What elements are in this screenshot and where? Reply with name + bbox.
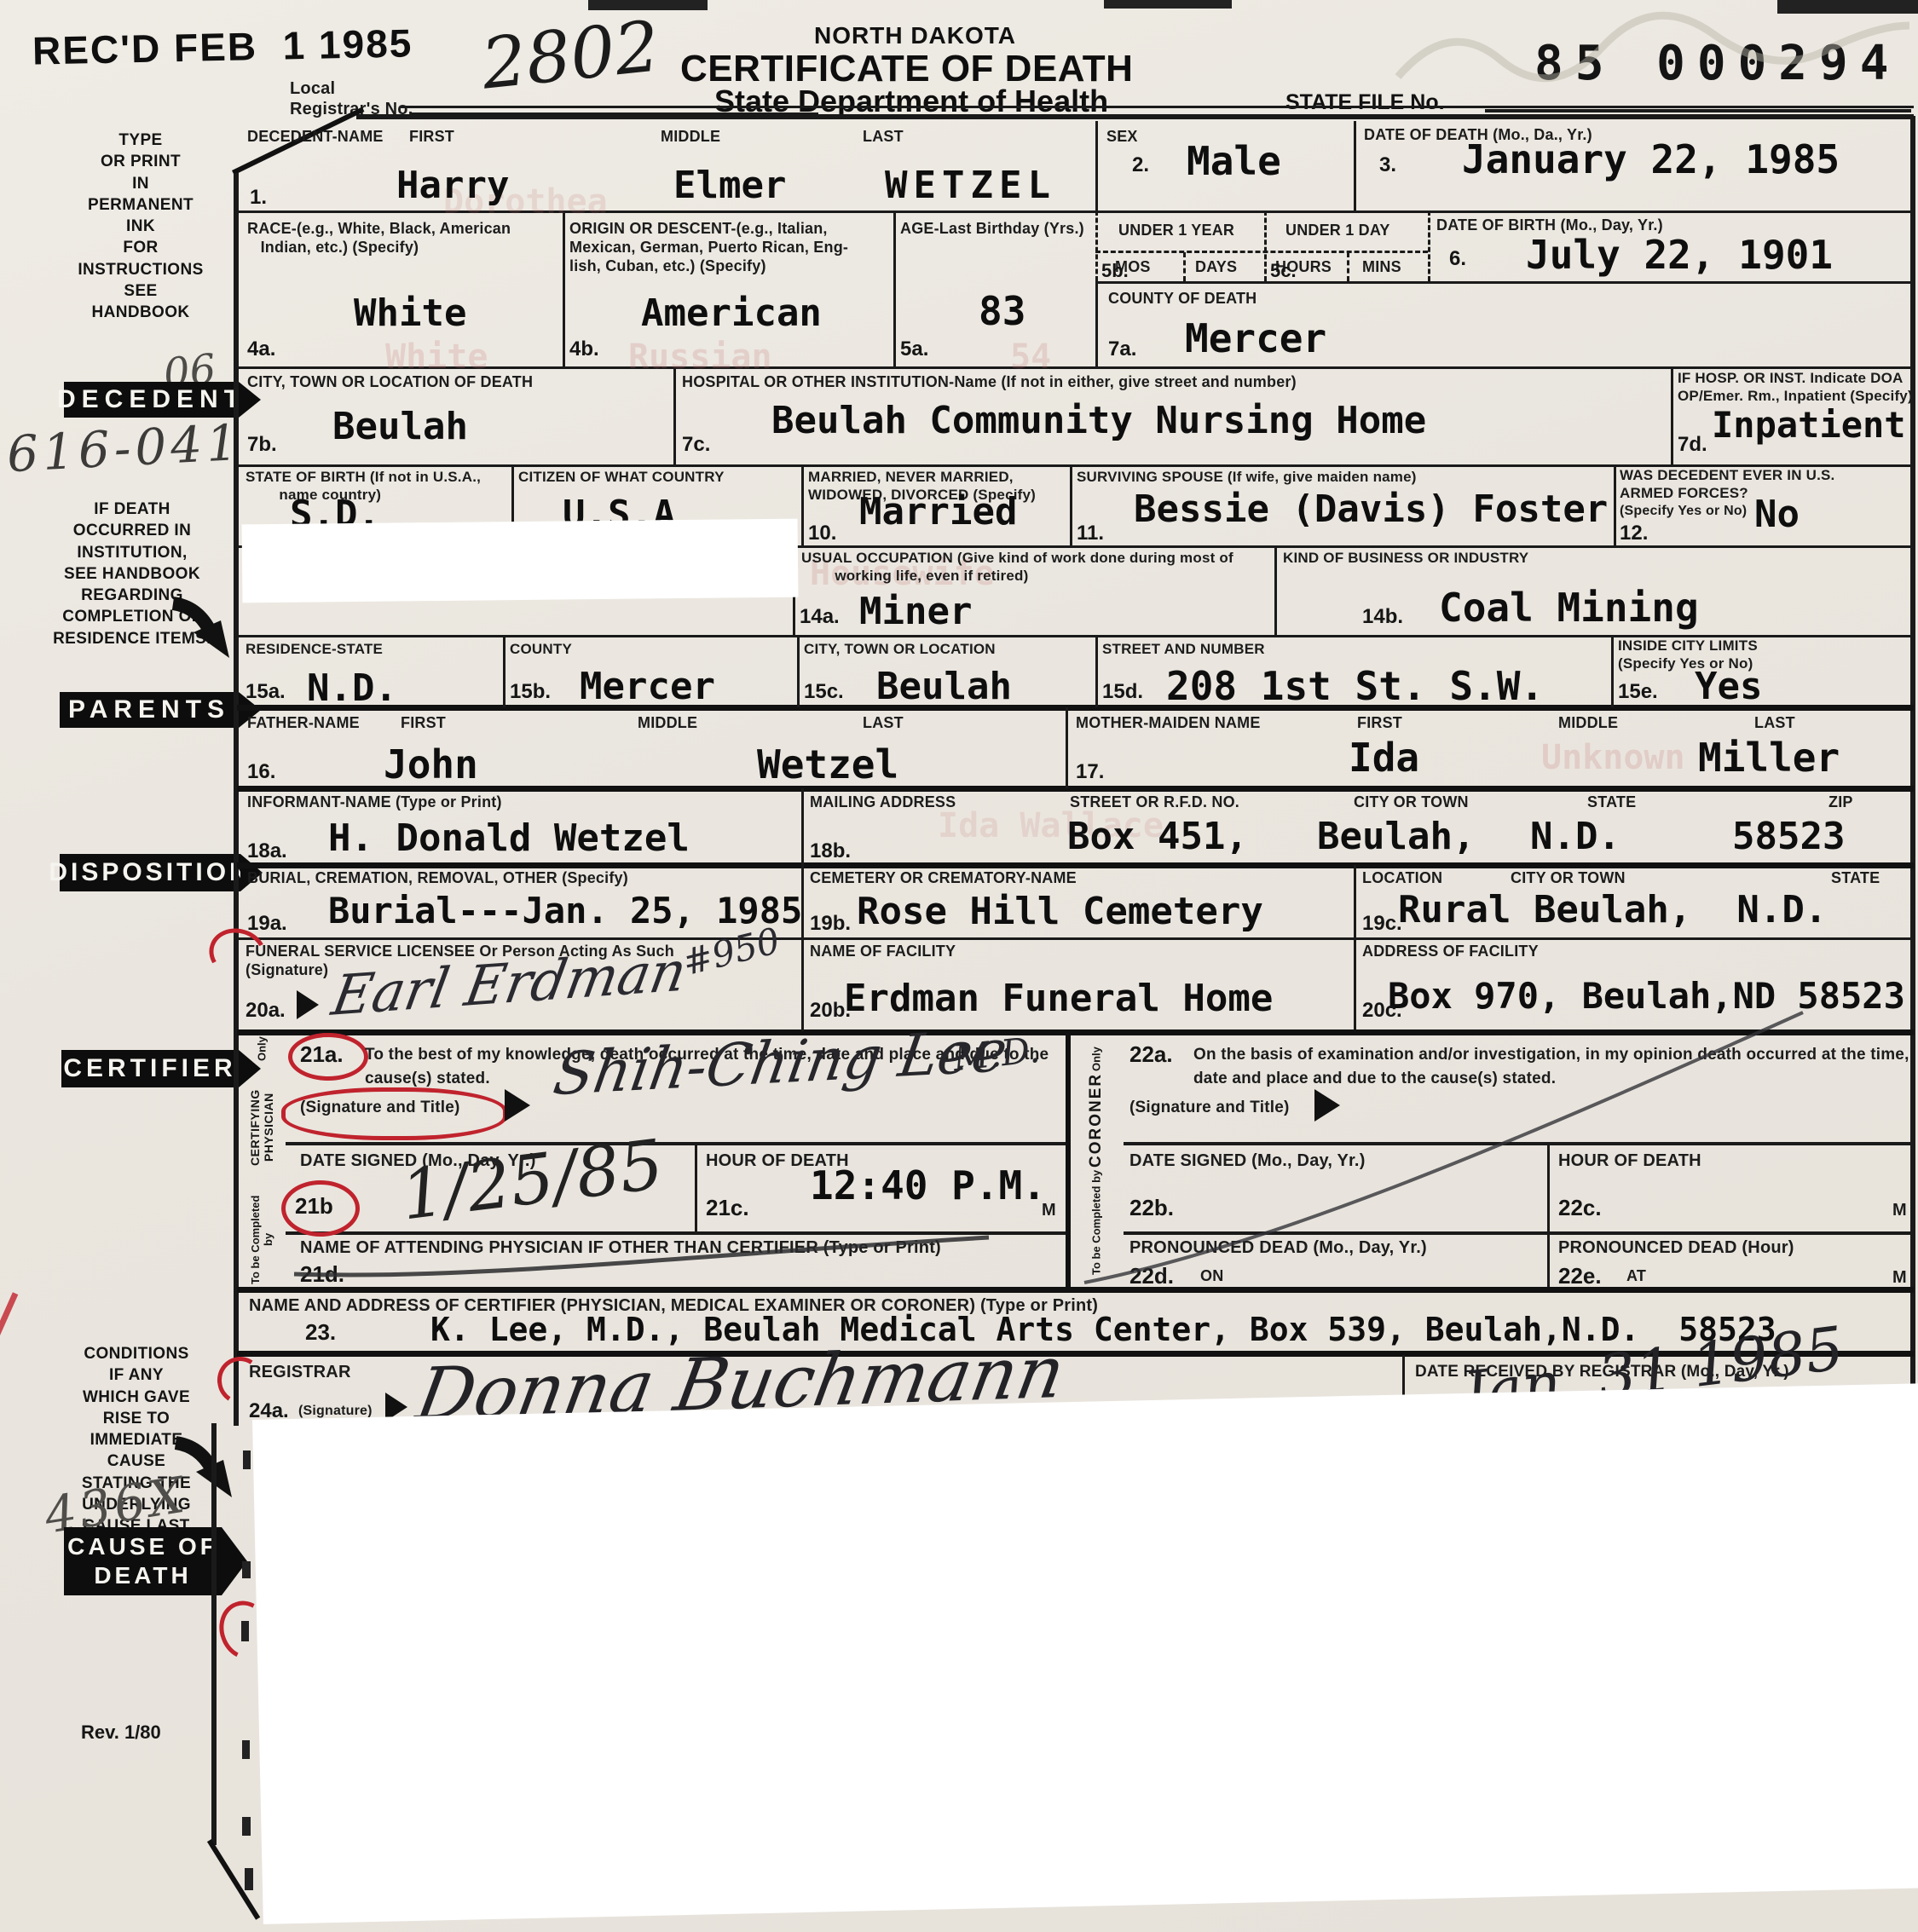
field-2-number: 2. <box>1132 153 1149 177</box>
business-value: Coal Mining <box>1439 585 1699 631</box>
dashed-line <box>1428 211 1430 281</box>
field-20c-label: ADDRESS OF FACILITY <box>1362 943 1539 961</box>
pointer-arrow-icon <box>1314 1089 1340 1122</box>
gridline-v <box>1611 635 1614 707</box>
field-22b-number: 22b. <box>1129 1195 1174 1221</box>
field-7a-number: 7a. <box>1108 337 1136 361</box>
field-22d-number: 22d. <box>1129 1263 1174 1289</box>
field-7c-number: 7c. <box>682 433 710 457</box>
field-1-number: 1. <box>250 186 267 210</box>
section-line <box>237 862 1914 868</box>
redaction-box-ssn <box>242 519 799 603</box>
field-16-number: 16. <box>247 760 275 784</box>
field-19c-sub-city: CITY OR TOWN <box>1511 869 1626 888</box>
field-15a-number: 15a. <box>246 680 286 704</box>
down-right-arrow-icon <box>166 597 234 663</box>
strip-line: To be Completed by <box>249 1194 274 1285</box>
father-last-value: Wetzel <box>757 741 898 787</box>
revision-note: Rev. 1/80 <box>81 1721 161 1744</box>
field-21c-m: M <box>1042 1200 1056 1220</box>
burial-value: Burial---Jan. 25, 1985 <box>328 890 802 931</box>
received-stamp: REC'D FEB 1 1985 <box>32 20 413 73</box>
field-16-sub-last: LAST <box>863 714 904 733</box>
gridline <box>1124 1142 1914 1145</box>
field-22b-label: DATE SIGNED (Mo., Day, Yr.) <box>1129 1151 1366 1171</box>
dashed-line <box>1095 211 1098 281</box>
ghost-text: Russian <box>628 337 772 377</box>
dashed-line <box>1264 211 1267 281</box>
father-first-value: John <box>384 741 478 787</box>
county-of-death-value: Mercer <box>1185 315 1326 361</box>
occupation-value: Miner <box>859 590 972 633</box>
field-12-label: WAS DECEDENT EVER IN U.S. ARMED FORCES? <box>1620 467 1834 502</box>
certifying-physician-strip: To be Completed by CERTIFYING PHYSICIAN … <box>239 1036 285 1285</box>
field-4a-label: RACE-(e.g., White, Black, American India… <box>247 220 511 257</box>
field-15d-label: STREET AND NUMBER <box>1102 641 1265 659</box>
decedent-middle-name: Elmer <box>673 164 786 207</box>
field-18a-number: 18a. <box>247 839 287 863</box>
tab-parents: PARENTS <box>60 692 239 728</box>
field-7b-number: 7b. <box>247 433 277 457</box>
date-of-death-value: January 22, 1985 <box>1462 136 1840 182</box>
field-16-label: FATHER-NAME <box>247 714 360 733</box>
field-11-number: 11. <box>1077 522 1104 545</box>
pointer-arrow-icon <box>505 1089 530 1122</box>
field-17-sub-first: FIRST <box>1357 714 1402 733</box>
sex-value: Male <box>1187 138 1281 184</box>
mother-last-value: Miller <box>1698 735 1840 781</box>
gridline-v <box>1095 281 1098 366</box>
field-7d-number: 7d. <box>1678 433 1707 457</box>
section-line <box>237 1287 1914 1293</box>
armed-forces-value: No <box>1754 493 1800 536</box>
gridline-v <box>1547 1142 1550 1287</box>
scan-artifact <box>1104 0 1232 9</box>
field-1-sub-last: LAST <box>863 128 904 147</box>
res-county-value: Mercer <box>580 665 715 708</box>
field-14a-number: 14a. <box>800 605 840 629</box>
field-20b-label: NAME OF FACILITY <box>810 943 956 961</box>
section-line <box>237 705 1914 711</box>
strip-line: Only <box>1090 1047 1103 1071</box>
field-22e-m: M <box>1892 1267 1907 1288</box>
red-circle-21a <box>288 1033 368 1081</box>
field-22e-at: AT <box>1626 1267 1646 1286</box>
field-6-number: 6. <box>1449 247 1466 271</box>
scan-artifact <box>242 1740 250 1759</box>
field-22c-label: HOUR OF DEATH <box>1558 1151 1701 1171</box>
field-22e-number: 22e. <box>1558 1263 1602 1289</box>
field-22a-number: 22a. <box>1129 1041 1173 1068</box>
field-22a-text2: date and place and due to the cause(s) s… <box>1193 1069 1556 1088</box>
red-circle-21b <box>281 1180 360 1237</box>
field-22e-label: PRONOUNCED DEAD (Hour) <box>1558 1237 1794 1258</box>
field-15b-label: COUNTY <box>510 641 572 659</box>
field-22c-m: M <box>1892 1200 1907 1220</box>
hospital-value: Beulah Community Nursing Home <box>771 399 1426 442</box>
gridline-v <box>1070 464 1072 545</box>
gridline-v <box>1095 635 1098 707</box>
red-circle-sig-title <box>281 1087 507 1140</box>
tab-certifier: CERTIFIER <box>61 1050 239 1087</box>
form-border-right <box>1910 116 1915 1403</box>
field-12-number: 12. <box>1620 522 1648 545</box>
field-5a-number: 5a. <box>900 337 928 361</box>
field-21c-number: 21c. <box>706 1195 749 1221</box>
city-of-death-value: Beulah <box>332 405 468 448</box>
field-15a-label: RESIDENCE-STATE <box>246 641 383 659</box>
gridline-v <box>695 1142 697 1233</box>
local-registrar-number: 2802 <box>478 6 663 105</box>
mailing-street-value: Box 451, <box>1067 815 1248 858</box>
field-20c-number: 20c. <box>1362 999 1402 1023</box>
ghost-text: White <box>385 337 488 377</box>
field-21a-text2: cause(s) stated. <box>365 1069 490 1088</box>
race-value: White <box>354 291 466 335</box>
field-4a-number: 4a. <box>247 337 275 361</box>
origin-value: American <box>641 291 822 335</box>
header-state: NORTH DAKOTA <box>814 22 1016 49</box>
hour-of-death-value: 12:40 P.M. <box>810 1162 1046 1208</box>
field-20b-number: 20b. <box>810 999 851 1023</box>
strip-line: To be Completed by <box>1090 1169 1103 1274</box>
red-pen-mark <box>0 1292 18 1342</box>
gridline <box>286 1231 1066 1235</box>
form-border-top <box>356 114 1914 119</box>
cem-location-value: Rural Beulah, N.D. <box>1398 888 1827 931</box>
pointer-arrow-icon <box>297 990 319 1019</box>
field-19b-label: CEMETERY OR CREMATORY-NAME <box>810 869 1077 888</box>
field-18b-label: MAILING ADDRESS <box>810 793 956 812</box>
field-22a-sig-label: (Signature and Title) <box>1129 1098 1290 1117</box>
field-18b-number: 18b. <box>810 839 851 863</box>
age-value: 83 <box>979 288 1025 334</box>
gridline <box>237 366 1914 369</box>
decedent-first-name: Harry <box>396 164 509 207</box>
scan-artifact <box>1777 0 1918 14</box>
field-18b-sub-state: STATE <box>1587 793 1636 812</box>
field-22c-number: 22c. <box>1558 1195 1602 1221</box>
field-20a-number: 20a. <box>246 999 286 1023</box>
form-border-top-thin <box>401 106 1914 108</box>
res-street-value: 208 1st St. S.W. <box>1166 663 1544 709</box>
field-5b-number: 5b. <box>1101 260 1129 282</box>
field-19c-label: LOCATION <box>1362 869 1442 888</box>
gridline-v <box>1066 707 1068 788</box>
gridline-v <box>1095 121 1098 211</box>
field-17-number: 17. <box>1076 760 1104 784</box>
pencil-616-041: 616-041 <box>5 413 243 483</box>
field-9-label: CITIZEN OF WHAT COUNTRY <box>518 469 725 487</box>
cemetery-value: Rose Hill Cemetery <box>857 890 1263 933</box>
gridline <box>1095 281 1914 284</box>
field-21d-number: 21d. <box>300 1261 344 1288</box>
field-7c-label: HOSPITAL OR OTHER INSTITUTION-Name (If n… <box>682 373 1297 392</box>
physician-signature-suffix: M.D. <box>951 1029 1042 1079</box>
gridline-v <box>1274 545 1277 635</box>
field-19a-label: BURIAL, CREMATION, REMOVAL, OTHER (Speci… <box>247 869 628 888</box>
dashed-line <box>1095 251 1428 253</box>
certifier-name-address-value: K. Lee, M.D., Beulah Medical Arts Center… <box>430 1311 1776 1348</box>
field-15b-number: 15b. <box>510 680 551 704</box>
section-line <box>237 1029 1914 1035</box>
field-5b-label: UNDER 1 YEAR <box>1118 222 1234 240</box>
marital-value: Married <box>859 490 1017 533</box>
field-1-sub-middle: MIDDLE <box>661 128 720 147</box>
spouse-value: Bessie (Davis) Foster <box>1134 487 1608 531</box>
tab-disposition: DISPOSITION <box>60 854 240 891</box>
strip-line: CORONER <box>1087 1073 1106 1168</box>
strip-line: Only <box>256 1036 269 1061</box>
dashed-line <box>1183 252 1186 281</box>
hosp-status-value: Inpatient <box>1712 404 1906 446</box>
field-5c-label: UNDER 1 DAY <box>1285 222 1390 240</box>
dashed-line <box>1347 252 1349 281</box>
field-22d-label: PRONOUNCED DEAD (Mo., Day, Yr.) <box>1129 1237 1427 1258</box>
date-of-birth-value: July 22, 1901 <box>1526 232 1833 278</box>
ghost-text: 54 <box>1010 337 1051 377</box>
field-4b-label: ORIGIN OR DESCENT-(e.g., Italian, Mexica… <box>569 220 848 276</box>
field-3-number: 3. <box>1379 153 1396 177</box>
tab-cause-of-death: CAUSE OF DEATH <box>64 1527 222 1595</box>
field-14b-label: KIND OF BUSINESS OR INDUSTRY <box>1283 550 1528 568</box>
field-19b-number: 19b. <box>810 912 851 936</box>
field-15c-label: CITY, TOWN OR LOCATION <box>804 641 996 659</box>
field-2-label: SEX <box>1106 128 1138 147</box>
gridline-v <box>503 635 505 707</box>
field-17-sub-middle: MIDDLE <box>1558 714 1618 733</box>
gridline-v <box>797 635 800 707</box>
field-21d-label: NAME OF ATTENDING PHYSICIAN IF OTHER THA… <box>300 1237 941 1258</box>
field-1-label: DECEDENT-NAME <box>247 128 384 147</box>
state-file-number: 85 000294 <box>1534 36 1900 91</box>
field-17-label: MOTHER-MAIDEN NAME <box>1076 714 1261 733</box>
mailing-state-value: N.D. <box>1530 815 1620 858</box>
field-22d-on: ON <box>1200 1267 1223 1286</box>
gridline-v <box>893 211 896 366</box>
field-10-number: 10. <box>808 522 836 545</box>
decedent-last-name: WETZEL <box>885 164 1056 207</box>
field-5b-col2: DAYS <box>1195 258 1237 277</box>
form-border-left-lower <box>211 1423 217 1845</box>
tab-decedent: DECEDENT <box>64 382 239 418</box>
scan-artifact <box>243 1450 251 1469</box>
field-7a-label: COUNTY OF DEATH <box>1108 290 1257 309</box>
scan-artifact <box>241 1621 249 1641</box>
gridline-v <box>1614 464 1616 545</box>
state-file-underline <box>1485 109 1911 112</box>
gridline-v <box>801 464 804 545</box>
field-7b-label: CITY, TOWN OR LOCATION OF DEATH <box>247 373 533 392</box>
scan-artifact <box>242 1561 251 1578</box>
informant-value: H. Donald Wetzel <box>328 816 690 860</box>
ghost-text: Unknown <box>1541 738 1685 777</box>
city-limits-value: Yes <box>1695 665 1762 708</box>
certifier-coroner-divider <box>1066 1033 1071 1287</box>
field-19c-sub-state: STATE <box>1831 869 1880 888</box>
section-line <box>237 786 1914 792</box>
field-15d-number: 15d. <box>1102 680 1143 704</box>
gridline <box>286 1142 1066 1145</box>
field-22a-text1: On the basis of examination and/or inves… <box>1193 1045 1909 1064</box>
coroner-strip: To be Completed by CORONER Only <box>1072 1036 1120 1285</box>
res-city-value: Beulah <box>876 665 1012 708</box>
field-18b-sub-street: STREET OR R.F.D. NO. <box>1070 793 1239 812</box>
field-14a-label: USUAL OCCUPATION (Give kind of work done… <box>801 550 1233 585</box>
field-17-sub-last: LAST <box>1754 714 1795 733</box>
field-19a-number: 19a. <box>247 912 287 936</box>
state-file-label: STATE FILE No. <box>1285 90 1445 115</box>
field-11-label: SURVIVING SPOUSE (If wife, give maiden n… <box>1077 469 1417 487</box>
redaction-box-cause-of-death <box>252 1383 1918 1924</box>
mailing-zip-value: 58523 <box>1732 815 1845 858</box>
facility-value: Erdman Funeral Home <box>844 977 1273 1020</box>
res-state-value: N.D. <box>307 666 397 710</box>
field-14b-number: 14b. <box>1362 605 1403 629</box>
gridline <box>237 937 1914 940</box>
field-16-sub-middle: MIDDLE <box>638 714 697 733</box>
field-18a-label: INFORMANT-NAME (Type or Print) <box>247 793 502 812</box>
field-5c-number: 5c. <box>1270 260 1297 282</box>
field-15e-number: 15e. <box>1618 680 1658 704</box>
type-or-print-note: TYPE OR PRINT IN PERMANENT INK FOR INSTR… <box>38 130 243 323</box>
gridline-v <box>563 211 565 366</box>
field-18b-sub-zip: ZIP <box>1828 793 1853 812</box>
field-19c-number: 19c. <box>1362 912 1402 936</box>
gridline-v <box>1671 366 1673 464</box>
field-15c-number: 15c. <box>804 680 844 704</box>
scan-artifact <box>245 1868 253 1890</box>
gridline-v <box>673 366 676 464</box>
facility-addr-value: Box 970, Beulah,ND 58523 <box>1388 975 1905 1017</box>
scan-artifact <box>242 1817 251 1836</box>
field-12-sublabel: (Specify Yes or No) <box>1620 503 1747 520</box>
gridline-v <box>1354 121 1356 211</box>
gridline <box>1124 1231 1914 1235</box>
field-5a-label: AGE-Last Birthday (Yrs.) <box>900 220 1084 239</box>
strip-line: CERTIFYING PHYSICIAN <box>248 1063 275 1192</box>
field-16-sub-first: FIRST <box>401 714 446 733</box>
field-7d-label: IF HOSP. OR INST. Indicate DOA OP/Emer. … <box>1678 370 1913 405</box>
field-4b-number: 4b. <box>569 337 599 361</box>
mother-first-value: Ida <box>1349 735 1419 781</box>
death-certificate-scan: REC'D FEB 1 1985 Local Registrar's No. 2… <box>0 0 1918 1932</box>
field-24a-label: REGISTRAR <box>249 1362 351 1382</box>
field-18b-sub-city: CITY OR TOWN <box>1354 793 1469 812</box>
gridline-v <box>1354 865 1356 1029</box>
mailing-city-value: Beulah, <box>1317 815 1475 858</box>
field-1-sub-first: FIRST <box>409 128 454 147</box>
field-5c-col2: MINS <box>1362 258 1401 277</box>
field-23-number: 23. <box>305 1319 336 1346</box>
